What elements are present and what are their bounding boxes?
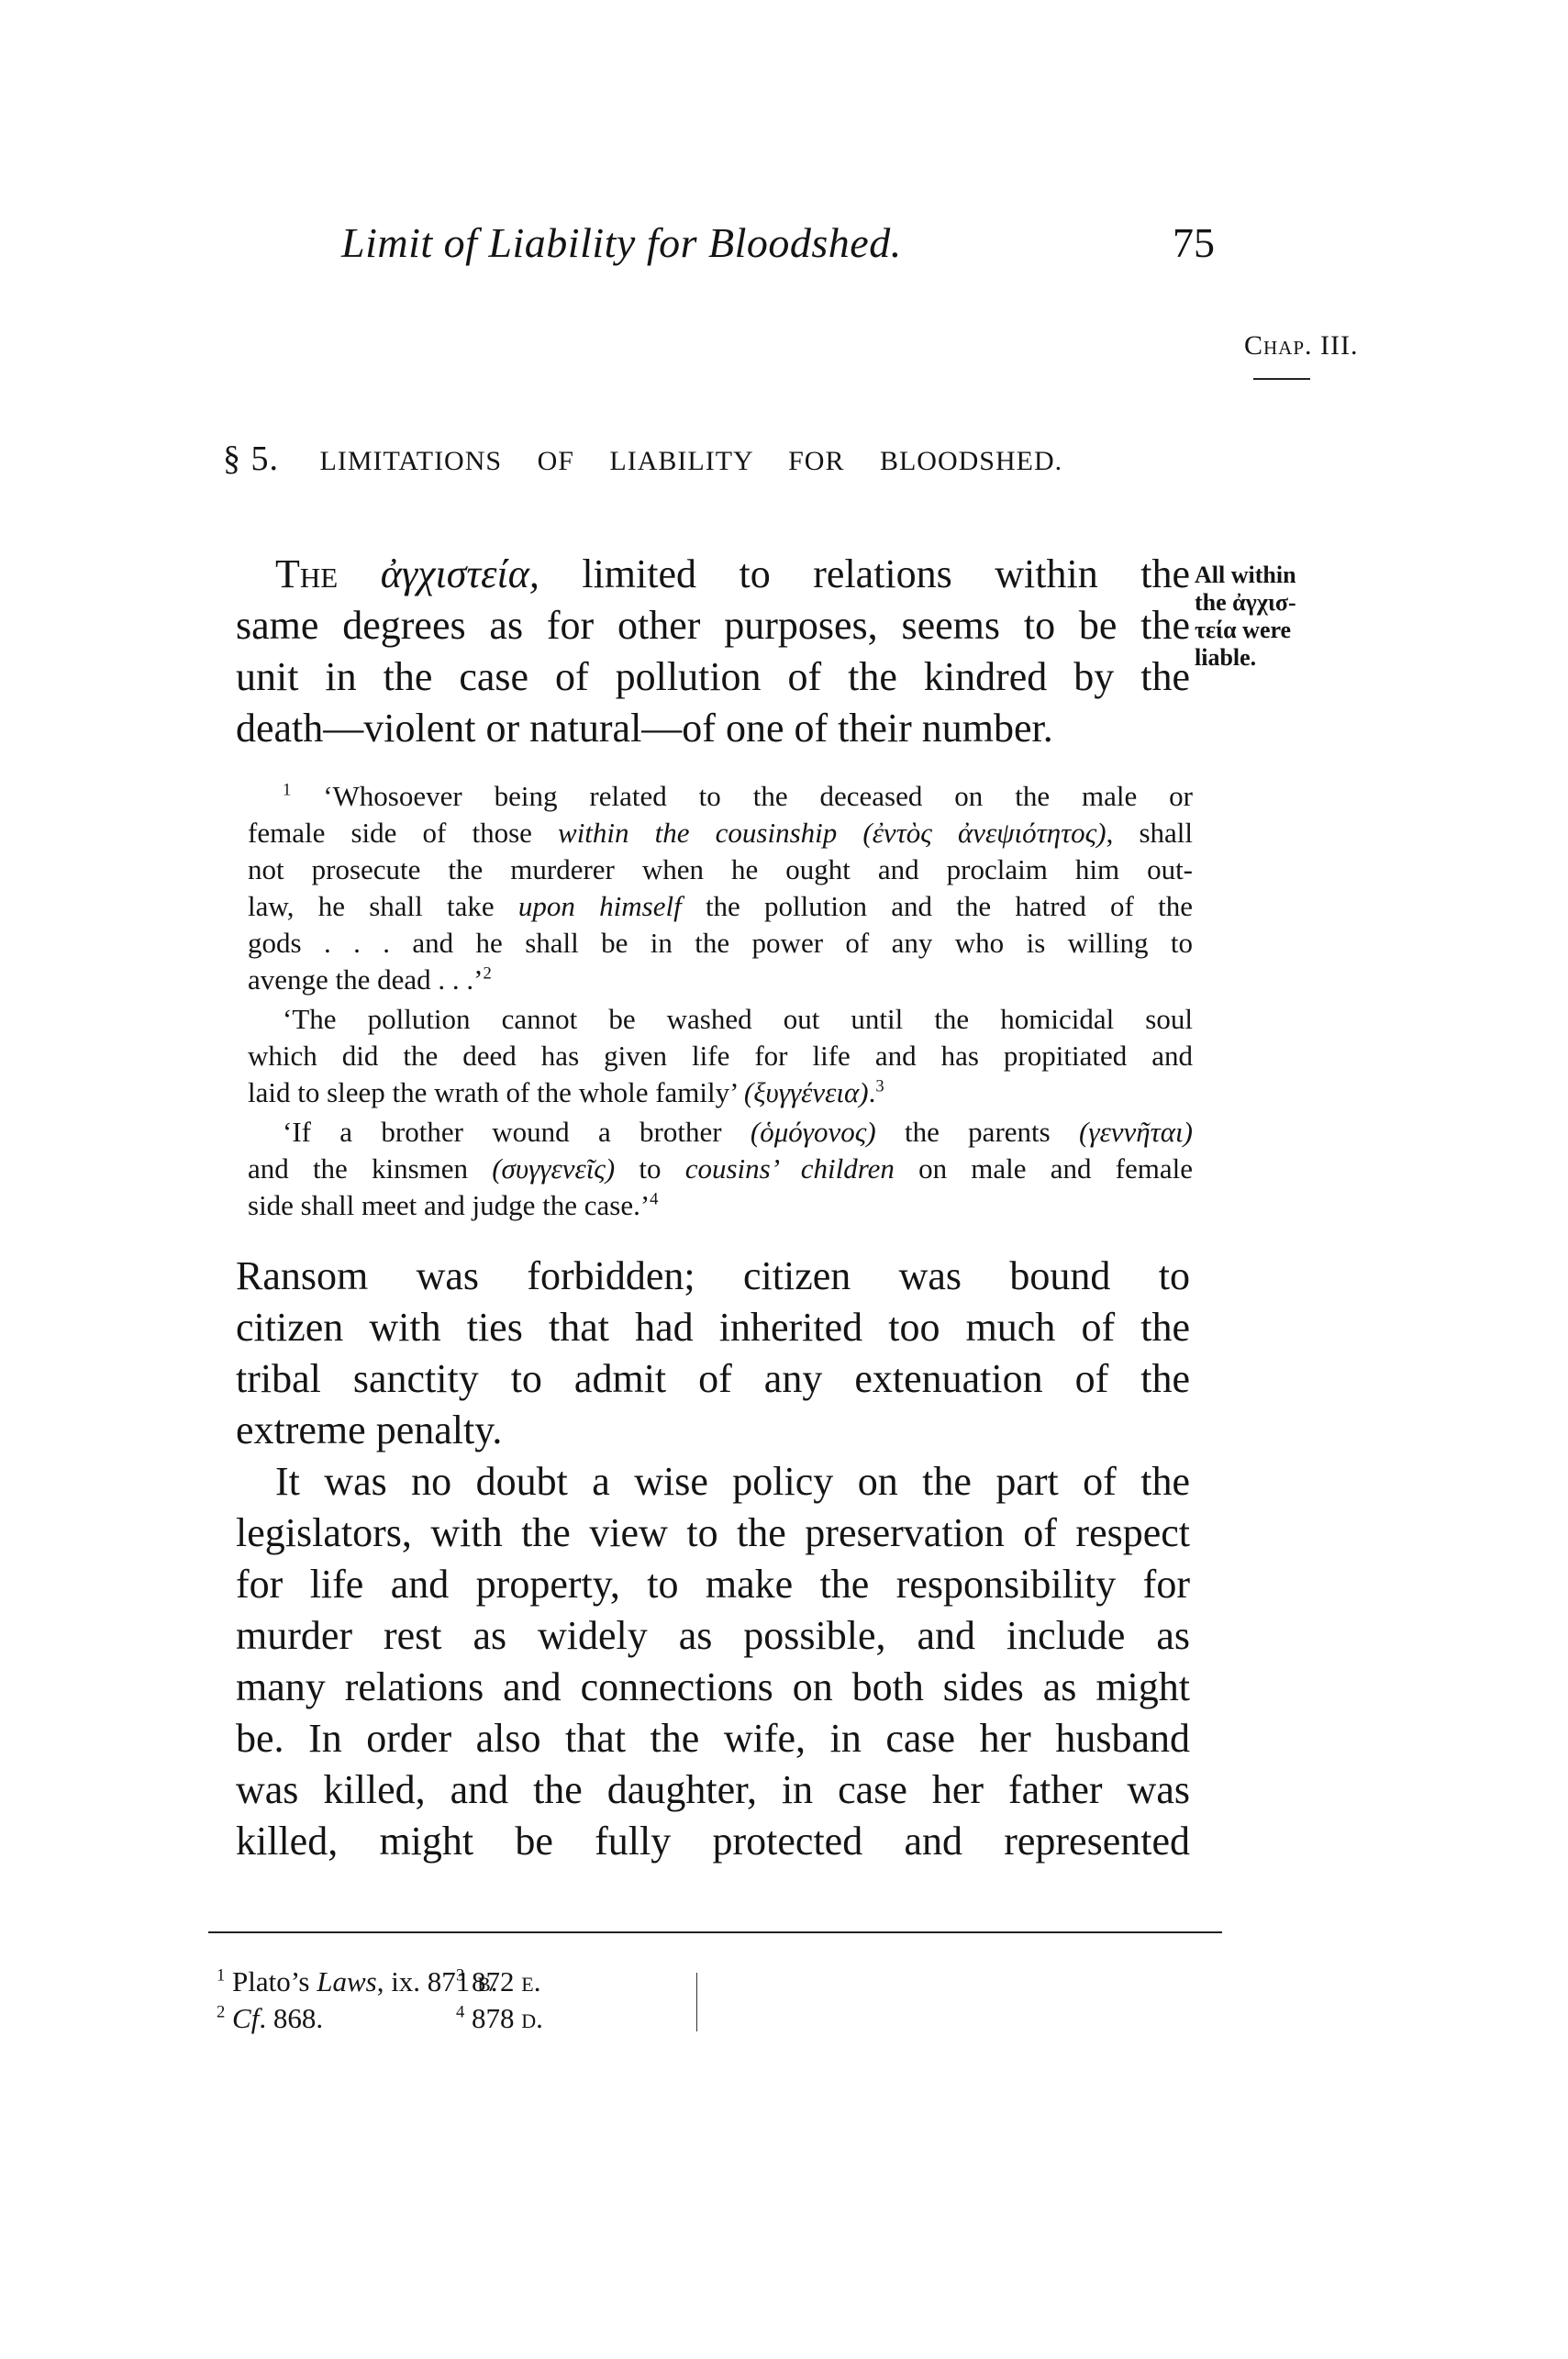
margin-note: All within the ἀγχισ- τεία were liable. xyxy=(1195,562,1296,672)
text-run: e. xyxy=(521,1965,540,1997)
quote-1-line-5: gods . . . and he shall be in the power … xyxy=(248,927,1193,960)
lead-word: The xyxy=(275,551,338,596)
quote-1-line-3: not prosecute the murderer when he ought… xyxy=(248,853,1193,886)
quote-3-line-1: ‘If a brother wound a brother (ὁμόγονος)… xyxy=(283,1116,1193,1149)
text-run: law, he shall take xyxy=(248,890,518,922)
footnote-number: 3 xyxy=(456,1966,464,1986)
margin-note-line: τεία were xyxy=(1195,617,1296,644)
quote-1-line-1: 1 ‘Whosoever being related to the deceas… xyxy=(283,780,1193,813)
emphasis: Cf xyxy=(232,2002,259,2034)
paragraph-3-line-2: legislators, with the view to the preser… xyxy=(236,1509,1190,1556)
footnote-ref[interactable]: 3 xyxy=(875,1077,884,1096)
greek-term: (ὁμόγονος) xyxy=(751,1116,876,1148)
margin-note-line: All within xyxy=(1195,562,1296,589)
greek-term: (γεννῆται) xyxy=(1079,1116,1193,1148)
footnote-number: 4 xyxy=(456,2003,464,2022)
footnote-rule xyxy=(208,1931,1222,1933)
text-run: d. xyxy=(521,2002,543,2034)
text-run: the parents xyxy=(876,1116,1079,1148)
paragraph-2-line-1: Ransom was forbidden; citizen was bound … xyxy=(236,1252,1190,1299)
text-run: . 868. xyxy=(259,2002,323,2034)
chapter-rule xyxy=(1253,378,1310,380)
paragraph-3-line-7: was killed, and the daughter, in case he… xyxy=(236,1766,1190,1813)
section-number: § 5. xyxy=(223,440,279,478)
quote-1-line-4: law, he shall take upon himself the poll… xyxy=(248,890,1193,923)
footnote-4: 4 878 d. xyxy=(456,2002,543,2035)
text-run: laid to sleep the wrath of the whole fam… xyxy=(248,1076,744,1108)
quote-2-line-3: laid to sleep the wrath of the whole fam… xyxy=(248,1076,1193,1109)
emphasis: upon himself xyxy=(518,890,682,922)
text-run: , shall xyxy=(1106,817,1193,849)
emphasis: within the cousinship xyxy=(558,817,837,849)
text-run: and the kinsmen xyxy=(248,1152,492,1185)
paragraph-3-line-8: killed, might be fully protected and rep… xyxy=(236,1818,1190,1864)
text-run: to xyxy=(615,1152,684,1185)
paragraph-3-line-6: be. In order also that the wife, in case… xyxy=(236,1715,1190,1762)
margin-note-line: liable. xyxy=(1195,644,1296,672)
paragraph-3-line-1: It was no doubt a wise policy on the par… xyxy=(275,1458,1190,1505)
paragraph-1-line-3: unit in the case of pollution of the kin… xyxy=(236,653,1190,700)
emphasis: Laws xyxy=(317,1965,376,1997)
quote-3-line-2: and the kinsmen (συγγενεῖς) to cousins’ … xyxy=(248,1152,1193,1185)
text-run: 878 xyxy=(472,2002,521,2034)
text-run: female side of those xyxy=(248,817,558,849)
quote-3-line-3: side shall meet and judge the case.’4 xyxy=(248,1189,1193,1222)
text-run: avenge the dead . . .’ xyxy=(248,963,484,996)
page: { "header": { "running_title": "Limit of… xyxy=(0,0,1568,2359)
text-run: Plato’s xyxy=(232,1965,317,1997)
footnote-column-divider xyxy=(696,1973,697,2031)
paragraph-2-line-2: citizen with ties that had inherited too… xyxy=(236,1304,1190,1351)
text-run: the pollution and the hatred of the xyxy=(682,890,1193,922)
running-title: Limit of Liability for Bloodshed. xyxy=(341,218,902,267)
greek-term: (ἐντὸς ἀνεψιότητος) xyxy=(862,817,1106,849)
footnote-ref[interactable]: 2 xyxy=(484,964,492,984)
footnote-marker: 1 xyxy=(283,781,291,800)
quote-1-line-6: avenge the dead . . .’2 xyxy=(248,963,1193,996)
text-run: ‘If a brother wound a brother xyxy=(283,1116,751,1148)
footnote-2: 2 Cf. 868. xyxy=(217,2002,323,2035)
quote-1-line-2: female side of those within the cousinsh… xyxy=(248,817,1193,850)
section-heading: § 5. Limitations of Liability for Bloods… xyxy=(223,439,1062,479)
quote-2-line-2: which did the deed has given life for li… xyxy=(248,1040,1193,1073)
emphasis: cousins’ children xyxy=(685,1152,895,1185)
greek-term: ἀγχιστεία, xyxy=(381,551,539,596)
text-run: limited to relations within the xyxy=(539,551,1190,596)
page-number: 75 xyxy=(1173,218,1215,267)
chapter-label: Chap. III. xyxy=(1244,330,1359,362)
text-run: 872 xyxy=(472,1965,521,1997)
paragraph-3-line-5: many relations and connections on both s… xyxy=(236,1664,1190,1710)
paragraph-2-line-4: extreme penalty. xyxy=(236,1407,1190,1453)
text-run: ‘Whosoever being related to the deceased… xyxy=(323,780,1193,812)
text-run: side shall meet and judge the case.’ xyxy=(248,1189,650,1221)
greek-term: (συγγενεῖς) xyxy=(492,1152,615,1185)
section-title: Limitations of Liability for Bloodshed. xyxy=(320,446,1063,476)
footnote-number: 1 xyxy=(217,1966,225,1986)
footnote-3: 3 872 e. xyxy=(456,1965,541,1998)
footnote-ref[interactable]: 4 xyxy=(650,1190,658,1209)
paragraph-1-line-2: same degrees as for other purposes, seem… xyxy=(236,602,1190,649)
footnote-number: 2 xyxy=(217,2003,225,2022)
paragraph-1-line-4: death—violent or natural—of one of their… xyxy=(236,705,1190,751)
paragraph-1-line-1: The ἀγχιστεία, limited to relations with… xyxy=(275,551,1190,597)
paragraph-3-line-4: murder rest as widely as possible, and i… xyxy=(236,1612,1190,1659)
quote-2-line-1: ‘The pollution cannot be washed out unti… xyxy=(283,1003,1193,1036)
paragraph-2-line-3: tribal sanctity to admit of any extenuat… xyxy=(236,1355,1190,1402)
greek-term: (ξυγγένεια) xyxy=(744,1076,869,1108)
paragraph-3-line-3: for life and property, to make the respo… xyxy=(236,1561,1190,1608)
text-run: on male and female xyxy=(895,1152,1193,1185)
margin-note-line: the ἀγχισ- xyxy=(1195,589,1296,617)
